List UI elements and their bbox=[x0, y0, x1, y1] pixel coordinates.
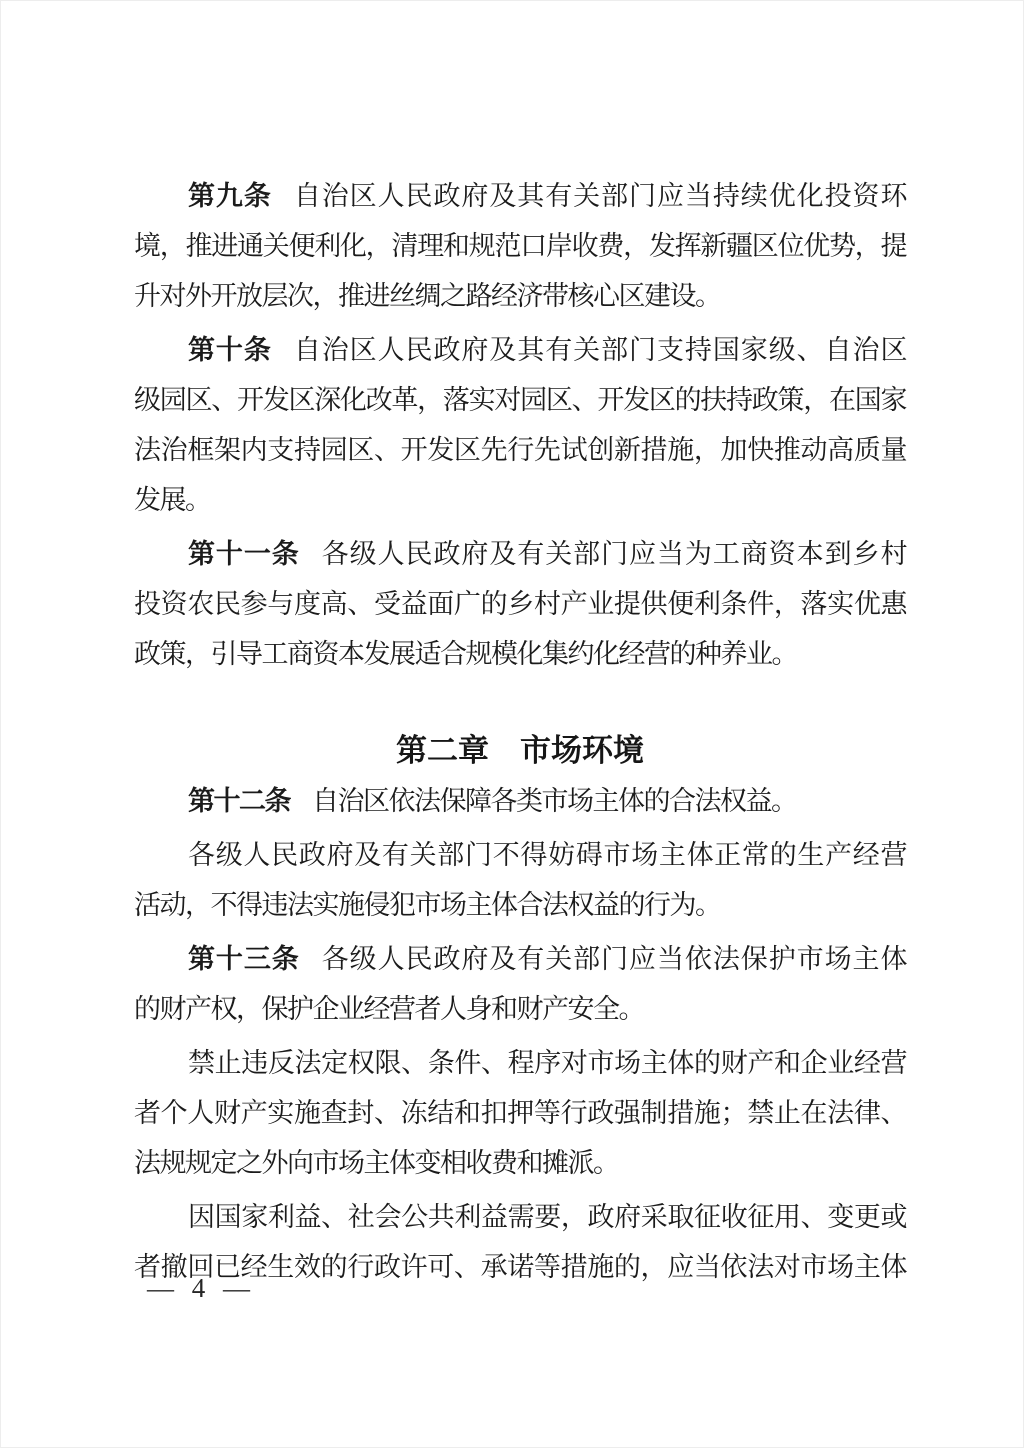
text-line: 者个人财产实施查封、冻结和扣押等行政强制措施；禁止在法律、 bbox=[134, 1088, 906, 1138]
text-line: 境，推进通关便利化，清理和规范口岸收费，发挥新疆区位优势，提 bbox=[134, 221, 906, 271]
text-line: 第十条自治区人民政府及其有关部门支持国家级、自治区 bbox=[134, 325, 906, 375]
page-footer: — 4 — bbox=[147, 1273, 252, 1304]
text-line: 第十一条各级人民政府及有关部门应当为工商资本到乡村 bbox=[134, 529, 906, 579]
article-number: 第十条 bbox=[188, 335, 272, 365]
article-number: 第十一条 bbox=[188, 539, 300, 569]
document-body: 第九条自治区人民政府及其有关部门应当持续优化投资环境，推进通关便利化，清理和规范… bbox=[134, 171, 906, 1296]
text-line: 活动，不得违法实施侵犯市场主体合法权益的行为。 bbox=[134, 880, 906, 930]
text-line: 第十三条各级人民政府及有关部门应当依法保护市场主体 bbox=[134, 934, 906, 984]
article-number: 第十三条 bbox=[188, 944, 300, 974]
text-line: 升对外开放层次，推进丝绸之路经济带核心区建设。 bbox=[134, 271, 906, 321]
text-line: 级园区、开发区深化改革，落实对园区、开发区的扶持政策，在国家 bbox=[134, 375, 906, 425]
document-page: 第九条自治区人民政府及其有关部门应当持续优化投资环境，推进通关便利化，清理和规范… bbox=[0, 0, 1024, 1448]
chapter-heading: 第二章 市场环境 bbox=[134, 726, 906, 776]
text-line: 的财产权，保护企业经营者人身和财产安全。 bbox=[134, 984, 906, 1034]
article-number: 第九条 bbox=[188, 181, 272, 211]
text-line: 投资农民参与度高、受益面广的乡村产业提供便利条件，落实优惠 bbox=[134, 579, 906, 629]
article-paragraph: 第十二条自治区依法保障各类市场主体的合法权益。 bbox=[134, 776, 906, 826]
text-line: 因国家利益、社会公共利益需要，政府采取征收征用、变更或 bbox=[134, 1192, 906, 1242]
body-paragraph: 各级人民政府及有关部门不得妨碍市场主体正常的生产经营活动，不得违法实施侵犯市场主… bbox=[134, 830, 906, 930]
text-line: 各级人民政府及有关部门不得妨碍市场主体正常的生产经营 bbox=[134, 830, 906, 880]
text-line: 第九条自治区人民政府及其有关部门应当持续优化投资环 bbox=[134, 171, 906, 221]
text-line: 第十二条自治区依法保障各类市场主体的合法权益。 bbox=[134, 776, 906, 826]
text-line: 发展。 bbox=[134, 475, 906, 525]
article-paragraph: 第九条自治区人民政府及其有关部门应当持续优化投资环境，推进通关便利化，清理和规范… bbox=[134, 171, 906, 321]
article-number: 第十二条 bbox=[188, 786, 290, 816]
text-line: 政策，引导工商资本发展适合规模化集约化经营的种养业。 bbox=[134, 629, 906, 679]
article-paragraph: 第十一条各级人民政府及有关部门应当为工商资本到乡村投资农民参与度高、受益面广的乡… bbox=[134, 529, 906, 679]
text-line: 法治框架内支持园区、开发区先行先试创新措施，加快推动高质量 bbox=[134, 425, 906, 475]
body-paragraph: 禁止违反法定权限、条件、程序对市场主体的财产和企业经营者个人财产实施查封、冻结和… bbox=[134, 1038, 906, 1188]
text-line: 法规规定之外向市场主体变相收费和摊派。 bbox=[134, 1138, 906, 1188]
page-number: — 4 — bbox=[147, 1273, 252, 1303]
article-paragraph: 第十条自治区人民政府及其有关部门支持国家级、自治区级园区、开发区深化改革，落实对… bbox=[134, 325, 906, 525]
article-paragraph: 第十三条各级人民政府及有关部门应当依法保护市场主体的财产权，保护企业经营者人身和… bbox=[134, 934, 906, 1034]
text-line: 禁止违反法定权限、条件、程序对市场主体的财产和企业经营 bbox=[134, 1038, 906, 1088]
